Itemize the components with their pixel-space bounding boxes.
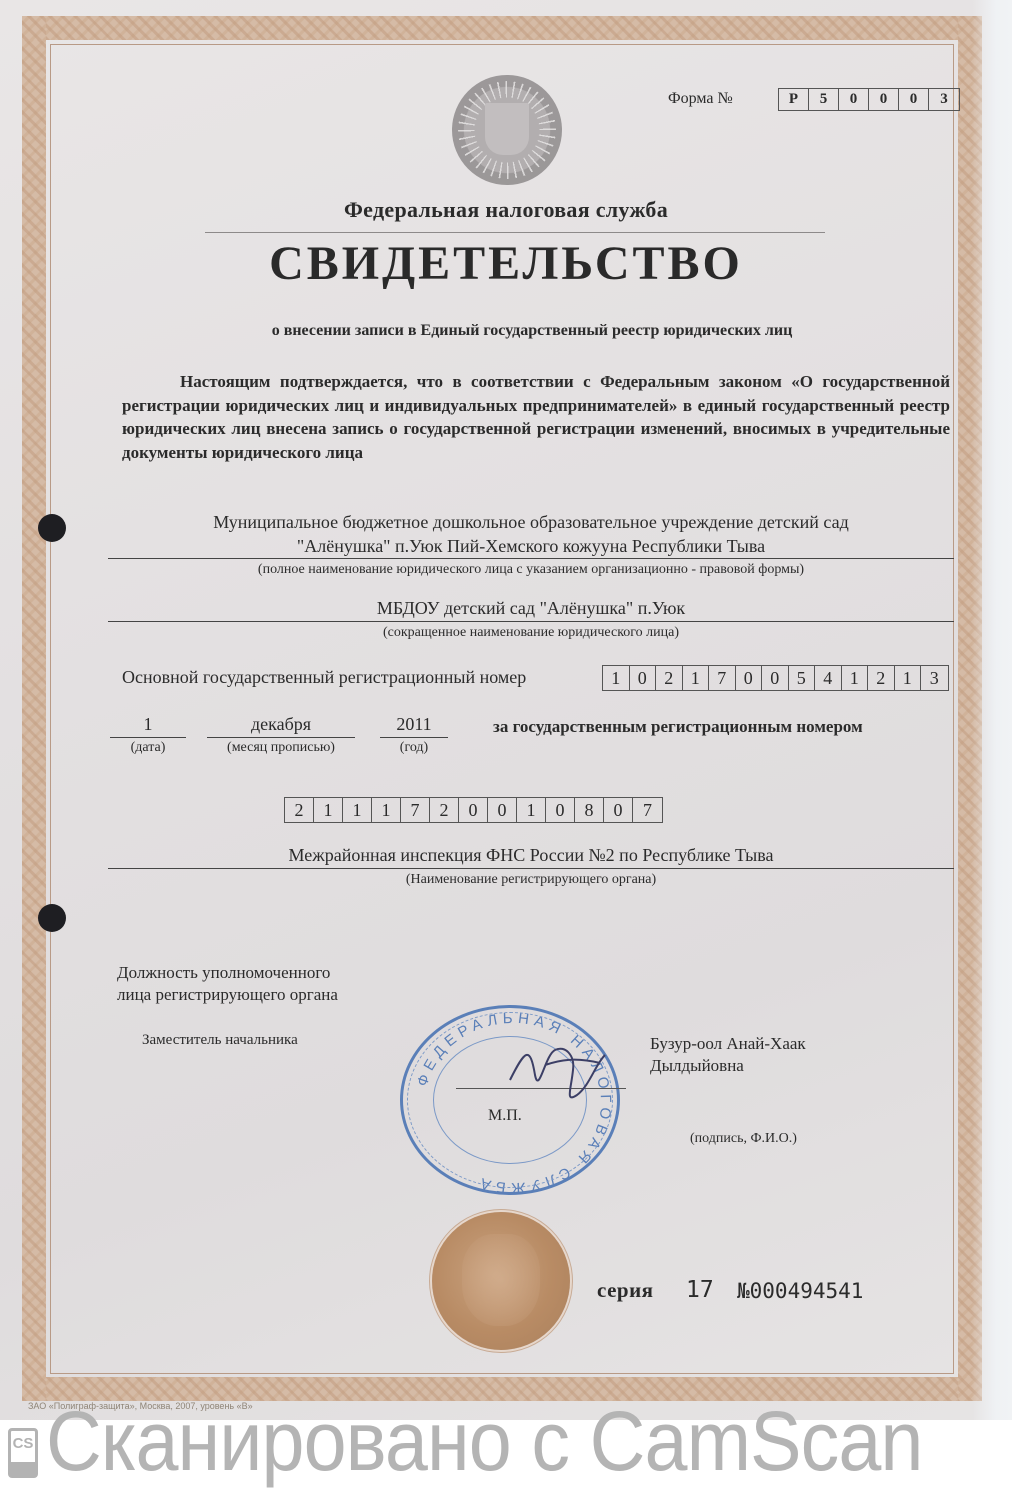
field-rule	[380, 737, 448, 738]
field-rule	[108, 558, 954, 559]
signature-caption: (подпись, Ф.И.О.)	[690, 1131, 797, 1147]
full-name-line1: Муниципальное бюджетное дошкольное образ…	[108, 512, 954, 533]
grn-number: 2 1 1 1 7 2 0 0 1 0 8 0 7	[284, 797, 663, 823]
field-rule	[108, 621, 954, 622]
document-title: СВИДЕТЕЛЬСТВО	[0, 236, 1012, 291]
signatory-name: Бузур-оол Анай-Хаак Дылдыйовна	[650, 1033, 806, 1077]
form-label: Форма №	[668, 90, 733, 108]
date-day: 1	[110, 714, 186, 735]
punch-hole-icon	[38, 514, 66, 542]
scanner-watermark: Сканировано с CamScan	[46, 1393, 923, 1490]
authority-caption: (Наименование регистрирующего органа)	[108, 872, 954, 888]
ogrn-label: Основной государственный регистрационный…	[122, 667, 526, 688]
field-rule	[207, 737, 355, 738]
punch-hole-icon	[38, 904, 66, 932]
form-code: Р 5 0 0 0 3	[778, 88, 960, 111]
full-name-caption: (полное наименование юридического лица с…	[108, 562, 954, 578]
grn-label: за государственным регистрационным номер…	[493, 717, 863, 737]
date-month-caption: (месяц прописью)	[207, 740, 355, 756]
document-subtitle: о внесении записи в Единый государственн…	[0, 322, 1012, 340]
series-label: серия	[597, 1278, 654, 1303]
ogrn-number: 1 0 2 1 7 0 0 5 4 1 2 1 3	[602, 665, 949, 691]
date-month: декабря	[207, 714, 355, 735]
certificate-sheet: Форма № Р 5 0 0 0 3 Федеральная налогова…	[0, 0, 1012, 1420]
serial-number: №000494541	[737, 1279, 863, 1303]
agency-name: Федеральная налоговая служба	[0, 197, 1012, 223]
field-rule	[108, 868, 954, 869]
signature-icon	[505, 1035, 615, 1105]
date-day-caption: (дата)	[110, 740, 186, 756]
divider	[205, 232, 825, 233]
signatory-label: Должность уполномоченного лица регистрир…	[117, 962, 338, 1006]
field-rule	[110, 737, 186, 738]
certification-paragraph: Настоящим подтверждается, что в соответс…	[122, 370, 950, 464]
stamp-place-label: М.П.	[488, 1107, 522, 1125]
date-year-caption: (год)	[380, 740, 448, 756]
full-name-line2: "Алёнушка" п.Уюк Пий-Хемского кожууна Ре…	[108, 536, 954, 557]
camscanner-logo-icon: CS	[8, 1428, 38, 1478]
signatory-position: Заместитель начальника	[142, 1032, 298, 1049]
registering-authority: Межрайонная инспекция ФНС России №2 по Р…	[108, 845, 954, 866]
date-year: 2011	[380, 714, 448, 735]
series-value: 17	[686, 1277, 714, 1303]
short-name: МБДОУ детский сад "Алёнушка" п.Уюк	[108, 598, 954, 619]
short-name-caption: (сокращенное наименование юридического л…	[108, 625, 954, 641]
emblem-icon	[452, 75, 562, 185]
hologram-seal-icon	[432, 1212, 570, 1350]
